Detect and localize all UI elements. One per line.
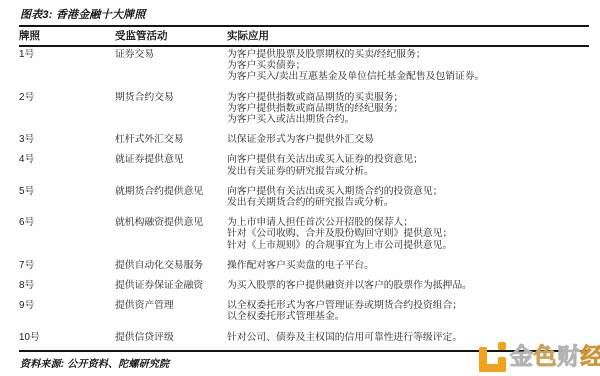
activity-cell: 就机构融资提供意见 — [115, 215, 227, 258]
license-cell: 8号 — [19, 278, 115, 298]
table-row: 9号 提供资产管理 以全权委托形式为客户管理证券或期货合约投资组合； 以全权委托… — [19, 298, 589, 329]
activity-cell: 杠杆式外汇交易 — [115, 132, 227, 152]
source-note: 资料来源: 公开资料、陀螺研究院 — [20, 355, 169, 370]
wordmark-char: 色 — [534, 343, 558, 369]
activity-cell: 提供信贷评级 — [115, 330, 227, 351]
license-cell: 10号 — [19, 330, 115, 351]
license-cell: 4号 — [19, 152, 115, 183]
application-cell: 为客户提供指数或商品期货的买卖服务； 为客户提供指数或商品期货的经纪服务； 为客… — [227, 90, 589, 133]
license-cell: 1号 — [19, 46, 115, 90]
figure-title: 图表3: 香港金融十大牌照 — [20, 6, 145, 22]
jinse-finance-watermark: 金色财经 — [479, 337, 600, 375]
jinse-finance-logo-icon — [479, 340, 506, 372]
wordmark-char: 经 — [581, 343, 600, 369]
application-cell: 为客户提供股票及股票期权的买卖/经纪服务； 为客户买卖债券； 为客户买入/卖出互… — [227, 46, 589, 90]
table-row: 4号 就证券提供意见 向客户提供有关沽出或买入证券的投资意见； 发出有关证券的研… — [19, 152, 589, 183]
application-cell: 向客户提供有关沽出或买入期货合约的投资意见； 发出有关期货合约的研究报告或分析。 — [227, 184, 589, 215]
license-cell: 6号 — [19, 215, 115, 258]
activity-cell: 证券交易 — [115, 46, 227, 90]
license-table: 牌照 受监管活动 实际应用 1号 证券交易 为客户提供股票及股票期权的买卖/经纪… — [19, 25, 589, 352]
wordmark-char: 金 — [510, 343, 534, 369]
license-cell: 5号 — [19, 184, 115, 215]
table-row: 6号 就机构融资提供意见 为上市申请人担任首次公开招股的保荐人； 针对《公司收购… — [19, 215, 589, 258]
license-cell: 3号 — [19, 132, 115, 152]
header-license: 牌照 — [19, 26, 115, 46]
table-header-row: 牌照 受监管活动 实际应用 — [19, 26, 589, 46]
activity-cell: 就期货合约提供意见 — [115, 184, 227, 215]
table-row: 7号 提供自动化交易服务 操作配对客户买卖盘的电子平台。 — [19, 258, 589, 278]
activity-cell: 提供证券保证金融资 — [115, 278, 227, 298]
header-activity: 受监管活动 — [115, 26, 227, 46]
license-cell: 9号 — [19, 298, 115, 329]
header-application: 实际应用 — [227, 26, 589, 46]
application-cell: 向客户提供有关沽出或买入证券的投资意见； 发出有关证券的研究报告或分析。 — [227, 152, 589, 183]
table-row: 3号 杠杆式外汇交易 以保证金形式为客户提供外汇交易 — [19, 132, 589, 152]
license-cell: 7号 — [19, 258, 115, 278]
table-row: 2号 期货合约交易 为客户提供指数或商品期货的买卖服务； 为客户提供指数或商品期… — [19, 90, 589, 133]
application-cell: 为上市申请人担任首次公开招股的保荐人； 针对《公司收购、合并及股份购回守则》提供… — [227, 215, 589, 258]
application-cell: 操作配对客户买卖盘的电子平台。 — [227, 258, 589, 278]
application-cell: 为买入股票的客户提供融资并以客户的股票作为抵押品。 — [227, 278, 589, 298]
application-cell: 以全权委托形式为客户管理证券或期货合约投资组合； 以全权委托形式管理基金。 — [227, 298, 589, 329]
table-row: 8号 提供证券保证金融资 为买入股票的客户提供融资并以客户的股票作为抵押品。 — [19, 278, 589, 298]
table-row: 1号 证券交易 为客户提供股票及股票期权的买卖/经纪服务； 为客户买卖债券； 为… — [19, 46, 589, 90]
wordmark-char: 财 — [557, 343, 581, 369]
activity-cell: 提供资产管理 — [115, 298, 227, 329]
report-page: 图表3: 香港金融十大牌照 牌照 受监管活动 实际应用 1号 证券交易 为客户提… — [0, 0, 600, 376]
license-cell: 2号 — [19, 90, 115, 133]
activity-cell: 就证券提供意见 — [115, 152, 227, 183]
activity-cell: 提供自动化交易服务 — [115, 258, 227, 278]
table-row: 5号 就期货合约提供意见 向客户提供有关沽出或买入期货合约的投资意见； 发出有关… — [19, 184, 589, 215]
application-cell: 以保证金形式为客户提供外汇交易 — [227, 132, 589, 152]
activity-cell: 期货合约交易 — [115, 90, 227, 133]
jinse-finance-wordmark: 金色财经 — [510, 345, 600, 368]
